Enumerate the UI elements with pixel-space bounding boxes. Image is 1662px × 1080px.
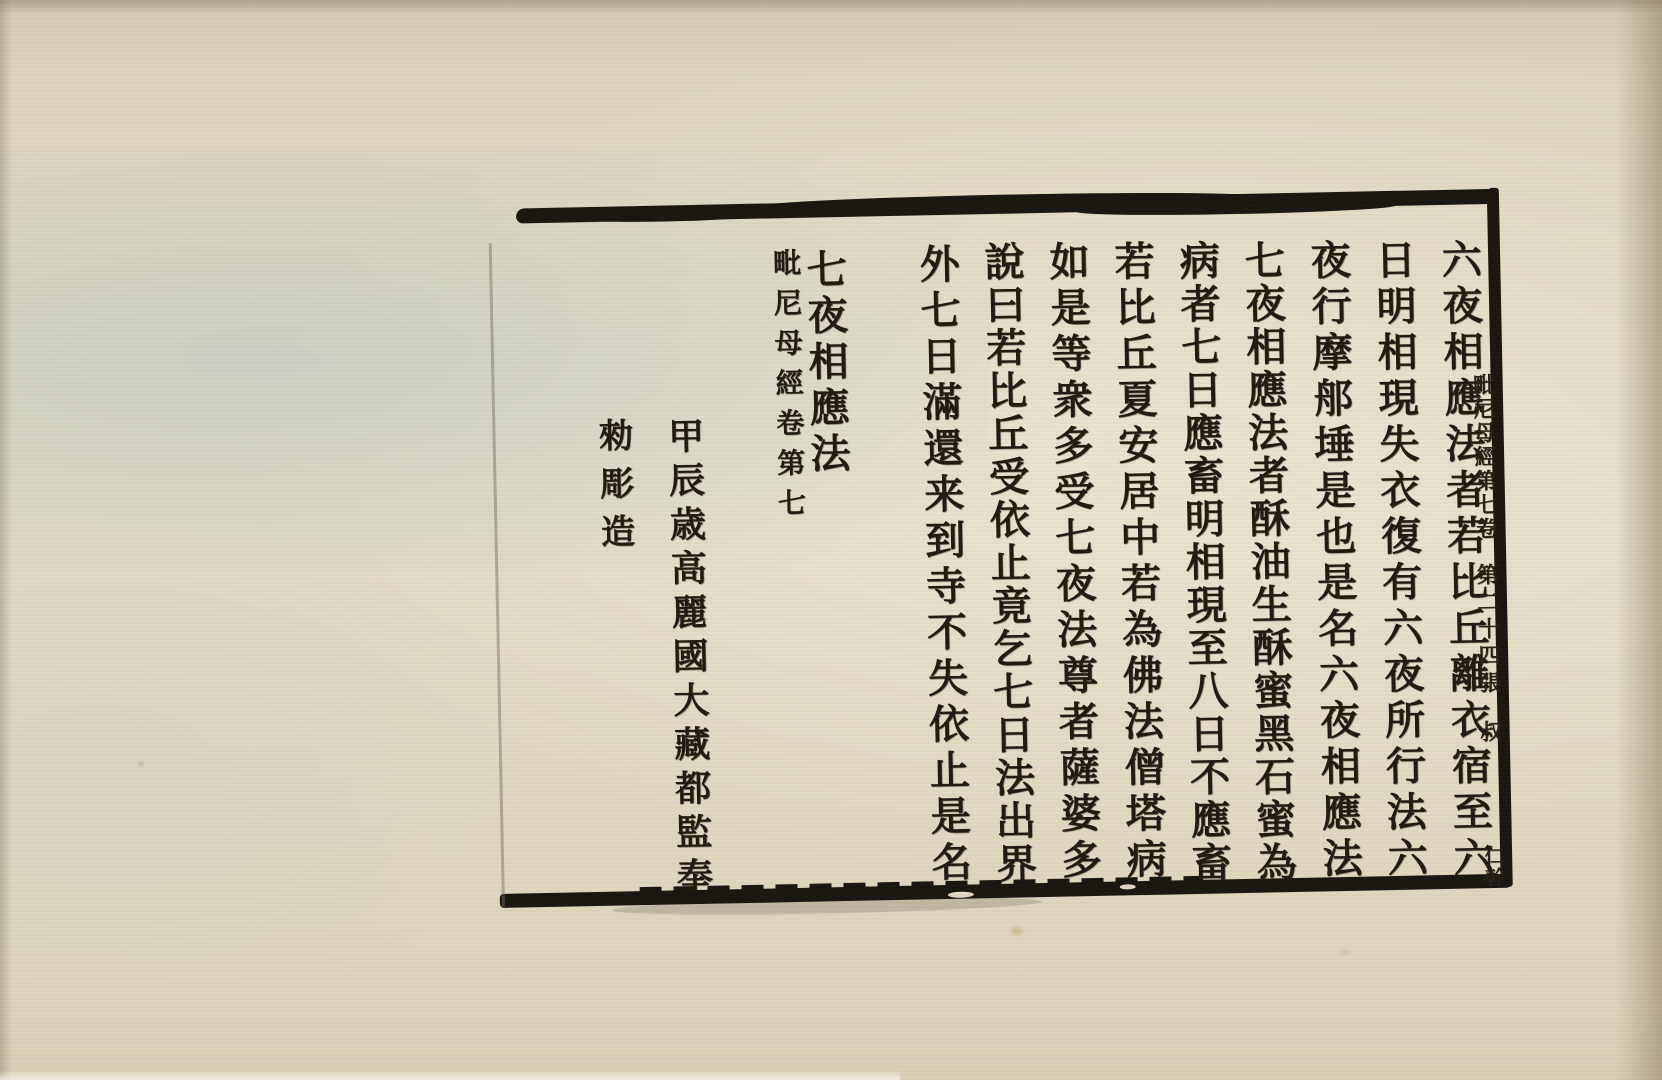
paper-edge-bottom xyxy=(0,1070,900,1080)
paper-edge-left xyxy=(0,0,12,1080)
text-column-6: 若比丘夏安居中若為佛法僧塔病 xyxy=(1103,240,1173,885)
text-column-2: 日明相現失衣復有六夜所行法六 xyxy=(1364,238,1434,883)
colophon-edict-column: 勑彫造 xyxy=(588,417,640,562)
paper-stain xyxy=(1338,948,1352,957)
margin-sheet-number: 第二十四張 xyxy=(1471,563,1505,699)
manuscript-scan: 六夜相應法者若比丘離衣宿至六 日明相現失衣復有六夜所行法六 夜行摩郍埵是也是名六… xyxy=(0,0,1662,1080)
text-column-8: 說曰若比丘受依止竟乞七日法出界 xyxy=(973,240,1043,886)
text-column-4: 七夜相應法者酥油生酥蜜黑石蜜為 xyxy=(1233,239,1303,885)
paper-cool-band-lower xyxy=(0,560,520,980)
text-column-9: 外七日滿還来到寺不失依止是名 xyxy=(908,243,978,888)
paper-stain xyxy=(136,760,146,768)
colophon-date-column: 甲辰歳高麗國大藏都監奉 xyxy=(658,417,719,902)
margin-mark: 叔 xyxy=(1474,720,1505,743)
text-column-3: 夜行摩郍埵是也是名六夜相應法 xyxy=(1299,239,1369,884)
ink-blot xyxy=(576,211,756,224)
text-column-5: 病者七日應畜明相現至八日不應畜 xyxy=(1168,239,1238,885)
margin-sutra-title: 毗尼母經第七卷 xyxy=(1467,373,1501,542)
printed-text-block: 六夜相應法者若比丘離衣宿至六 日明相現失衣復有六夜所行法六 夜行摩郍埵是也是名六… xyxy=(488,185,1518,919)
paper-edge-right xyxy=(1616,0,1662,1080)
text-column-7: 如是等衆多受七夜法尊者薩婆多 xyxy=(1038,240,1108,885)
paper-speck xyxy=(948,891,974,898)
paper-edge-top xyxy=(0,0,1662,14)
scroll-end-title: 毗尼母經卷第七 xyxy=(765,248,811,529)
paper-stain xyxy=(1008,925,1026,937)
margin-carver-name: 仁幹 xyxy=(1479,845,1509,890)
paper-speck xyxy=(1120,884,1136,889)
